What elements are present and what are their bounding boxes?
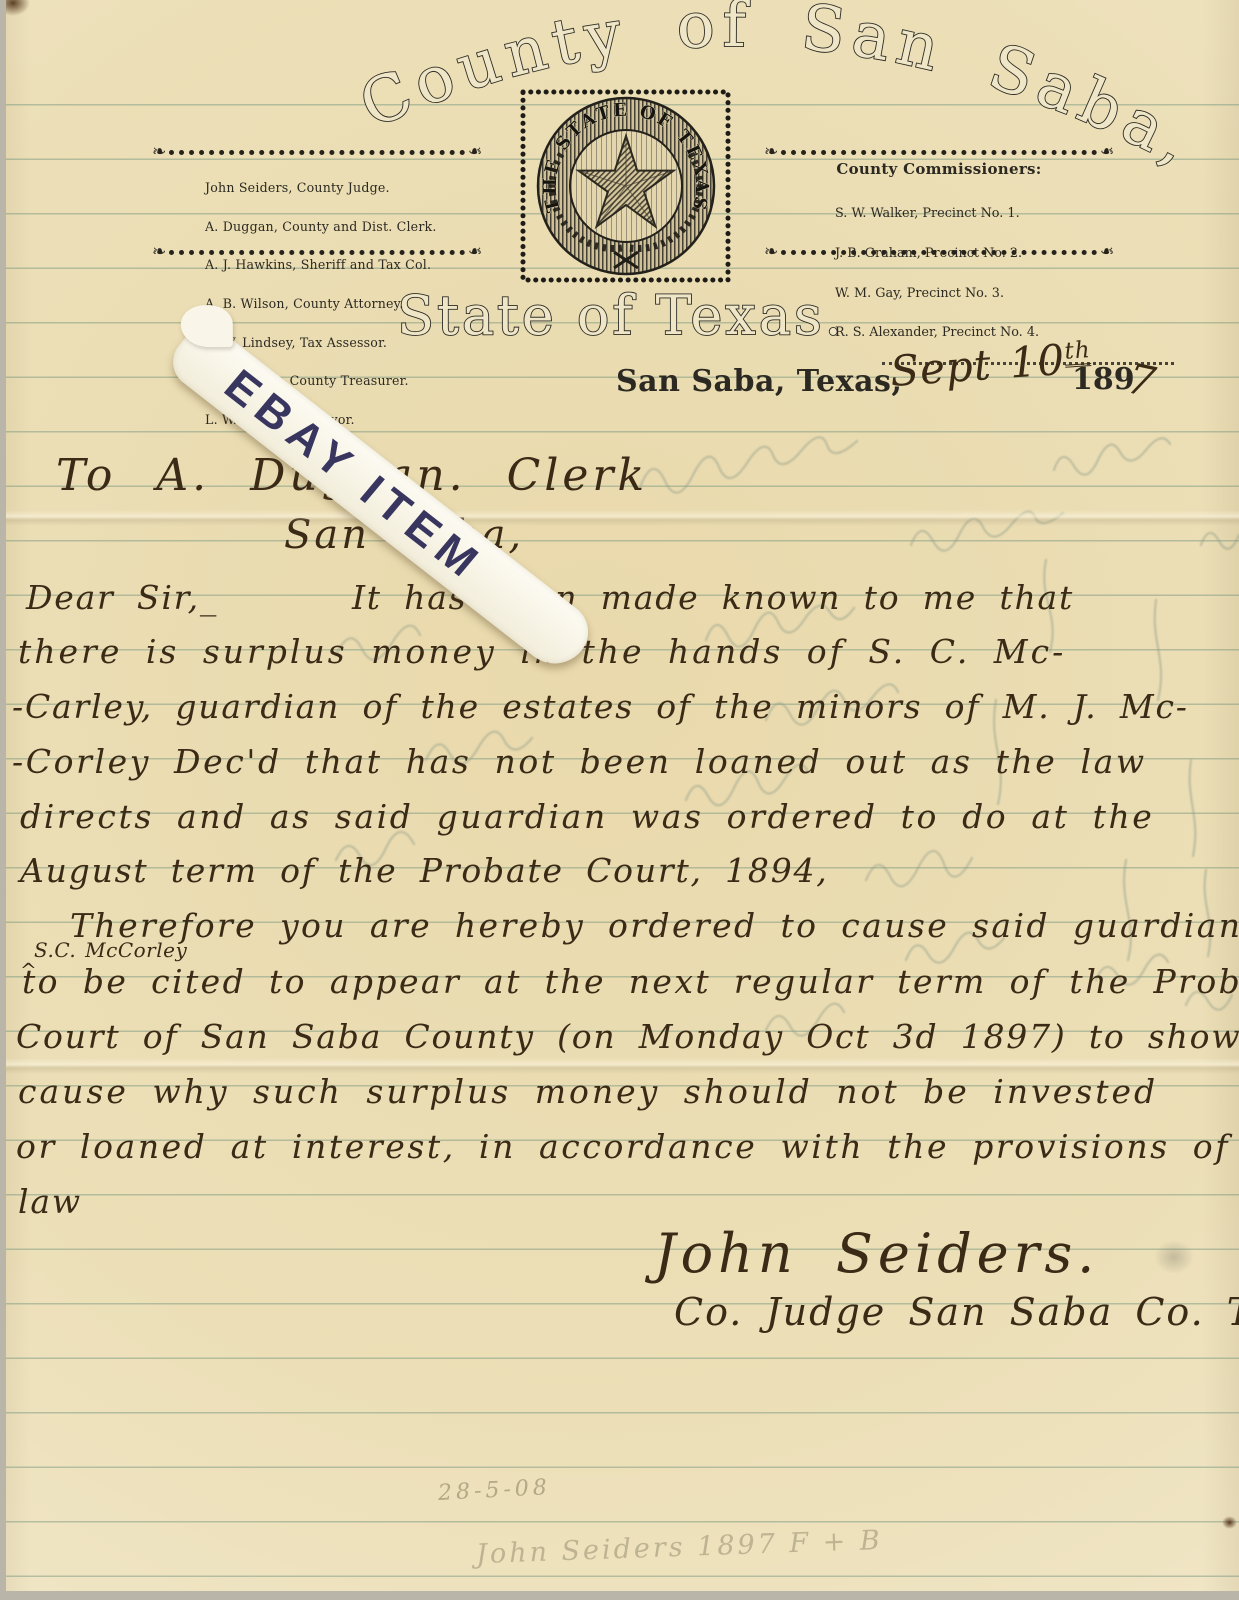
ornament-rule: ❧ ❧: [152, 244, 482, 261]
printed-place: San Saba, Texas,: [616, 364, 902, 399]
fleuron-icon: ❧: [1100, 244, 1114, 261]
letter-line: Court of San Saba County (on Monday Oct …: [16, 1017, 1239, 1056]
commissioner-entry: R. S. Alexander, Precinct No. 4.: [835, 326, 1039, 339]
fleuron-icon: ❧: [468, 144, 482, 161]
fleuron-icon: ❧: [1100, 144, 1114, 161]
official-entry: A. B. Wilson, County Attorney.: [205, 298, 437, 311]
signature: John Seiders.: [654, 1222, 1099, 1285]
commissioners-heading: County Commissioners:: [764, 160, 1114, 178]
official-entry: A. Duggan, County and Dist. Clerk.: [205, 221, 437, 234]
dotted-rule: [781, 150, 1097, 155]
official-entry: A. J. Hawkins, Sheriff and Tax Col.: [205, 259, 437, 272]
ornament-rule: ❧ ❧: [764, 244, 1114, 261]
letter-paper: County of San Saba, THE STATE OF TEXAS S…: [6, 0, 1239, 1591]
fleuron-icon: ❧: [764, 244, 778, 261]
dotted-rule: [169, 250, 465, 255]
letter-line: to be cited to appear at the next regula…: [22, 962, 1239, 1001]
letter-line: Therefore you are hereby ordered to caus…: [70, 906, 1239, 945]
ink-spot: [1222, 1516, 1237, 1529]
fleuron-icon: ❧: [152, 144, 166, 161]
letter-line: directs and as said guardian was ordered…: [20, 797, 1154, 836]
fleuron-icon: ❧: [152, 244, 166, 261]
state-title: State of Texas.: [397, 284, 845, 347]
letter-line: August term of the Probate Court, 1894,: [20, 851, 829, 890]
letter-line: cause why such surplus money should not …: [18, 1072, 1158, 1111]
insertion-note: S.C. McCorley: [34, 938, 187, 962]
texas-state-seal-icon: THE STATE OF TEXAS: [538, 98, 714, 274]
signature-title: Co. Judge San Saba Co. Tex.: [674, 1290, 1239, 1334]
scanned-letter-photo: County of San Saba, THE STATE OF TEXAS S…: [0, 0, 1239, 1600]
letter-line: law: [18, 1182, 82, 1221]
letter-line: or loaned at interest, in accordance wit…: [16, 1127, 1230, 1166]
commissioner-entry: W. M. Gay, Precinct No. 3.: [835, 287, 1039, 300]
fleuron-icon: ❧: [764, 144, 778, 161]
fleuron-icon: ❧: [468, 244, 482, 261]
official-entry: John Seiders, County Judge.: [205, 182, 437, 195]
letter-line: -Corley Dec'd that has not been loaned o…: [12, 742, 1147, 781]
dotted-rule: [781, 250, 1097, 255]
letter-line: -Carley, guardian of the estates of the …: [12, 687, 1189, 726]
dotted-rule: [169, 150, 465, 155]
ornament-rule: ❧ ❧: [764, 144, 1114, 161]
commissioner-entry: S. W. Walker, Precinct No. 1.: [835, 207, 1039, 220]
